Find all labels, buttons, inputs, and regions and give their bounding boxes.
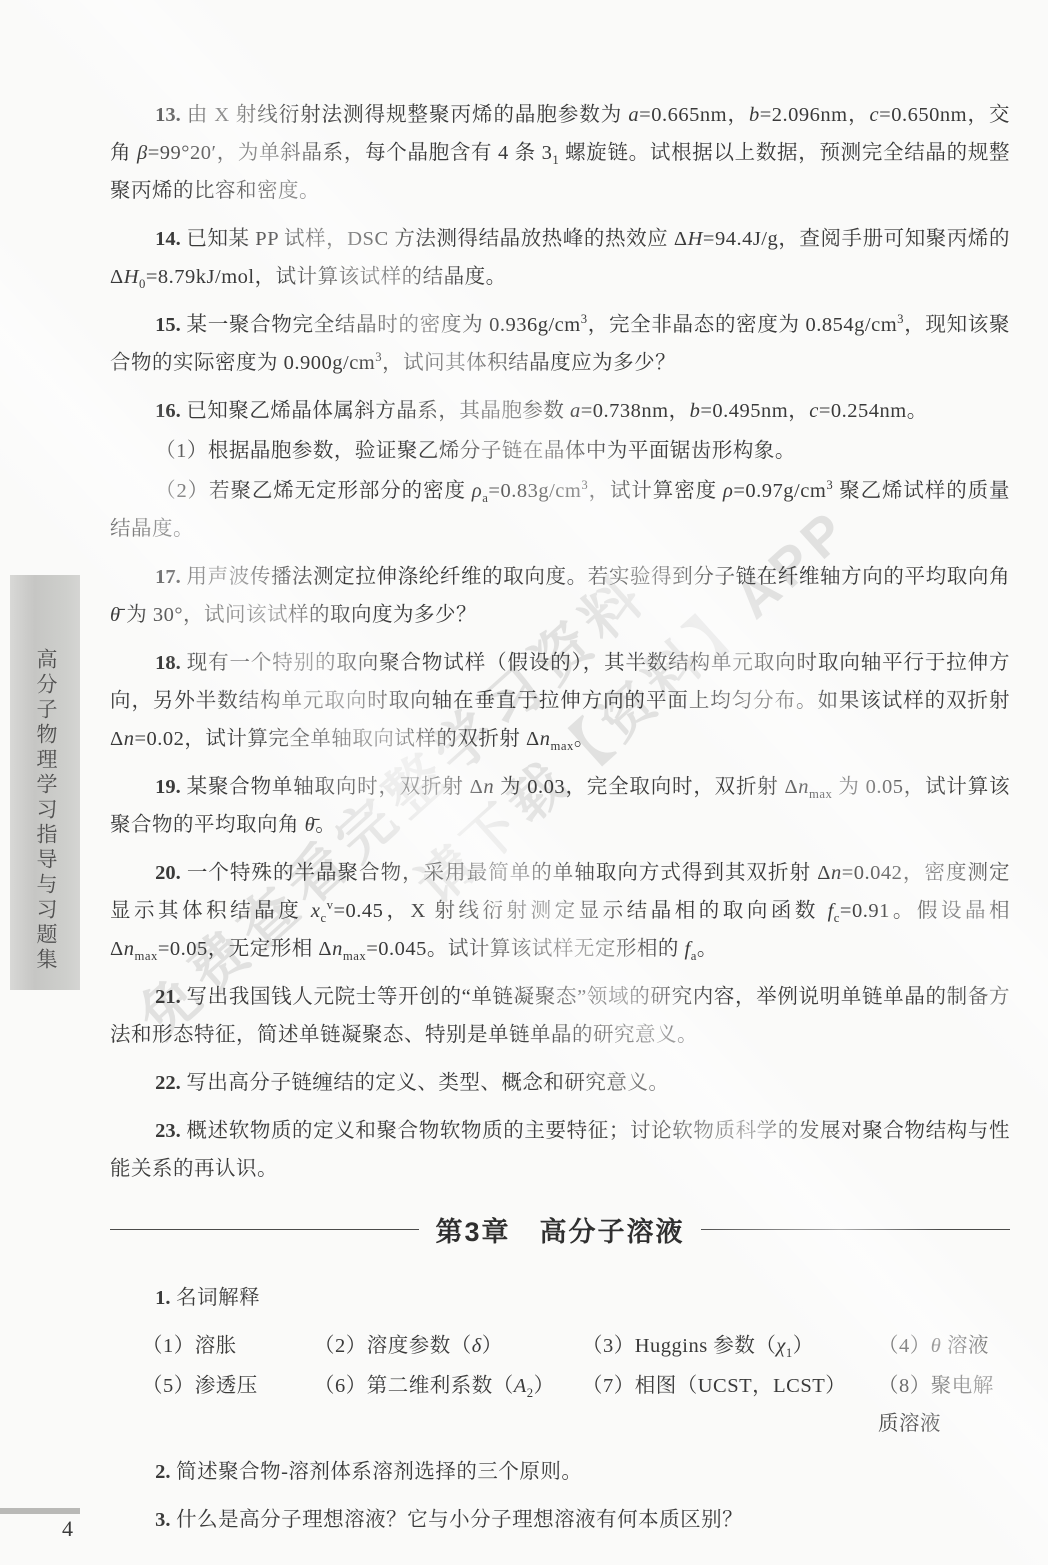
- term-item: （4）θ 溶液: [878, 1327, 1010, 1365]
- terms-row: （5）渗透压（6）第二维利系数（A2）（7）相图（UCST，LCST）（8）聚电…: [110, 1367, 1010, 1443]
- term-item: （5）渗透压: [142, 1367, 314, 1443]
- chapter-heading: 第3章 高分子溶液: [419, 1210, 700, 1249]
- problem-paragraph: 19. 某聚合物单轴取向时，双折射 Δn 为 0.03，完全取向时，双折射 Δn…: [110, 768, 1010, 844]
- heading-rule-left: [110, 1229, 419, 1231]
- chapter3-problem-list: 1. 名词解释（1）溶胀（2）溶度参数（δ）（3）Huggins 参数（χ1）（…: [110, 1279, 1010, 1539]
- problem-paragraph: 2. 简述聚合物-溶剂体系溶剂选择的三个原则。: [110, 1453, 1010, 1491]
- problem-paragraph: 18. 现有一个特别的取向聚合物试样（假设的），其半数结构单元取向时取向轴平行于…: [110, 644, 1010, 758]
- chapter2-problem-list: 13. 由 X 射线衍射法测得规整聚丙烯的晶胞参数为 a=0.665nm，b=2…: [110, 96, 1010, 1188]
- term-item: （6）第二维利系数（A2）: [314, 1367, 582, 1443]
- chapter-heading-row: 第3章 高分子溶液: [110, 1210, 1010, 1249]
- term-item: （7）相图（UCST，LCST）: [582, 1367, 878, 1443]
- terms-row: （1）溶胀（2）溶度参数（δ）（3）Huggins 参数（χ1）（4）θ 溶液: [110, 1327, 1010, 1365]
- problem-paragraph: （1）根据晶胞参数，验证聚乙烯分子链在晶体中为平面锯齿形构象。: [110, 432, 1010, 470]
- problem-paragraph: 17. 用声波传播法测定拉伸涤纶纤维的取向度。若实验得到分子链在纤维轴方向的平均…: [110, 558, 1010, 634]
- problem-paragraph: 14. 已知某 PP 试样，DSC 方法测得结晶放热峰的热效应 ΔH=94.4J…: [110, 220, 1010, 296]
- problem-paragraph: （2）若聚乙烯无定形部分的密度 ρa=0.83g/cm3，试计算密度 ρ=0.9…: [110, 472, 1010, 548]
- page-number: 4: [62, 1516, 73, 1542]
- problem-paragraph: 16. 已知聚乙烯晶体属斜方晶系，其晶胞参数 a=0.738nm，b=0.495…: [110, 392, 1010, 430]
- term-item: （1）溶胀: [142, 1327, 314, 1365]
- problem-paragraph: 22. 写出高分子链缠结的定义、类型、概念和研究意义。: [110, 1064, 1010, 1102]
- problem-paragraph: 20. 一个特殊的半晶聚合物，采用最简单的单轴取向方式得到其双折射 Δn=0.0…: [110, 854, 1010, 968]
- problem-paragraph: 1. 名词解释: [110, 1279, 1010, 1317]
- problem-paragraph: 13. 由 X 射线衍射法测得规整聚丙烯的晶胞参数为 a=0.665nm，b=2…: [110, 96, 1010, 210]
- problem-paragraph: 3. 什么是高分子理想溶液？它与小分子理想溶液有何本质区别？: [110, 1501, 1010, 1539]
- problem-paragraph: 21. 写出我国钱人元院士等开创的“单链凝聚态”领域的研究内容，举例说明单链单晶…: [110, 978, 1010, 1054]
- scanned-book-page: 免费查看完整学习资料 请下载【资料】APP 13. 由 X 射线衍射法测得规整聚…: [0, 0, 1048, 1565]
- book-spine-tab: 高分子物理学习指导与习题集: [10, 575, 80, 990]
- spine-title: 高分子物理学习指导与习题集: [30, 648, 60, 973]
- heading-rule-right: [701, 1229, 1010, 1231]
- term-item: （8）聚电解质溶液: [878, 1367, 1010, 1443]
- term-item: （2）溶度参数（δ）: [314, 1327, 582, 1365]
- footer-bar: [0, 1508, 80, 1514]
- page-body: 13. 由 X 射线衍射法测得规整聚丙烯的晶胞参数为 a=0.665nm，b=2…: [110, 96, 1010, 1549]
- problem-paragraph: 15. 某一聚合物完全结晶时的密度为 0.936g/cm3，完全非晶态的密度为 …: [110, 306, 1010, 382]
- term-item: （3）Huggins 参数（χ1）: [582, 1327, 878, 1365]
- problem-paragraph: 23. 概述软物质的定义和聚合物软物质的主要特征；讨论软物质科学的发展对聚合物结…: [110, 1112, 1010, 1188]
